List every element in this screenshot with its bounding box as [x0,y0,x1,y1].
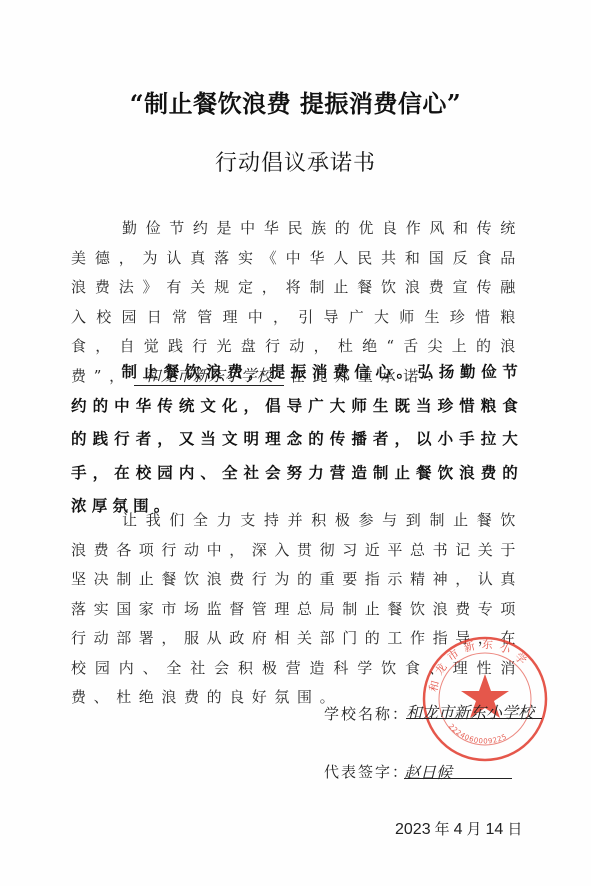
date-month-unit: 月 [467,820,482,838]
representative-signature: 赵日候 [404,760,512,779]
date-month: 4 [454,821,463,838]
date-year-unit: 年 [435,820,450,838]
document-page: “制止餐饮浪费 提振消费信心” 行动倡议承诺书 勤俭节约是中华民族的优良作风和传… [0,0,591,886]
school-name-signature: 和龙市新东小学校 [406,700,542,719]
document-subtitle: 行动倡议承诺书 [0,146,591,177]
pledge-text: 制止餐饮浪费，提振消费信心。弘扬勤俭节约的中华传统文化，倡导广大师生既当珍惜粮食… [71,363,523,515]
seal-code: 2224060009225 [447,722,508,745]
date-year: 2023 [395,821,431,838]
document-title: “制止餐饮浪费 提振消费信心” [0,84,591,119]
pledge-paragraph: 制止餐饮浪费，提振消费信心。弘扬勤俭节约的中华传统文化，倡导广大师生既当珍惜粮食… [71,356,523,524]
svg-text:2224060009225: 2224060009225 [447,722,508,745]
date-day-unit: 日 [507,820,522,838]
official-seal-icon: 和龙市新东小学 2224060009225 [420,634,550,764]
school-name-label: 学校名称： [324,703,409,724]
date-day: 14 [486,821,504,838]
document-date: 2023年4月14日 [395,818,526,839]
representative-signature-label: 代表签字： [324,761,409,782]
